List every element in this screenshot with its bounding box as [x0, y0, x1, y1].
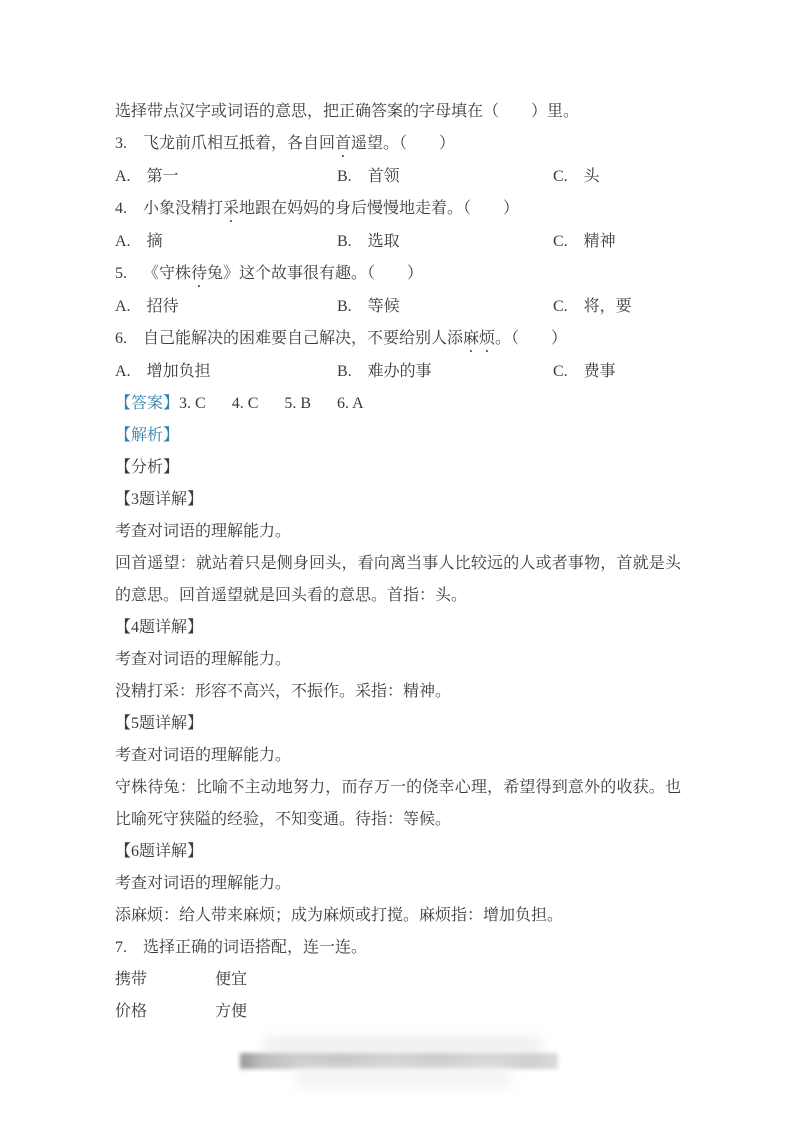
option-label: C.: [553, 233, 568, 250]
breakdown-section-label: 【分析】: [115, 452, 681, 484]
option-label: C.: [553, 363, 568, 380]
watermark-blur-halo-top: [265, 1038, 541, 1052]
question-3-number: 3.: [115, 135, 127, 152]
question-3-text-post: 遥望。（ ）: [351, 135, 455, 152]
match-pair-row-1: 携带 便宜: [115, 964, 681, 996]
option-text: 难办的事: [368, 363, 432, 380]
question-7-text: 选择正确的词语搭配，连一连。: [143, 939, 367, 956]
explanation-4-detail: 没精打采：形容不高兴，不振作。采指：精神。: [115, 676, 681, 708]
question-6-number: 6.: [115, 330, 127, 347]
question-4-options: A.摘 B.选取 C.精神: [115, 226, 681, 258]
question-6-option-a: A.增加负担: [115, 356, 211, 388]
answer-item-5: 5. B: [284, 395, 311, 412]
question-3: 3.飞龙前爪相互抵着，各自回首遥望。（ ）: [115, 128, 681, 161]
question-4-option-b: B.选取: [337, 226, 400, 258]
question-5-text-pre: 《守株: [143, 265, 191, 282]
explanation-5-detail: 守株待兔：比喻不主动地努力，而存万一的侥幸心理，希望得到意外的收获。也比喻死守狭…: [115, 772, 681, 836]
explanation-3-intro: 考查对词语的理解能力。: [115, 516, 681, 548]
question-5-emphasized-char: 待: [191, 265, 207, 282]
option-text: 增加负担: [147, 363, 211, 380]
match-left-2: 价格: [115, 996, 147, 1028]
question-6: 6.自己能解决的困难要自己解决，不要给别人添麻烦。（ ）: [115, 323, 681, 356]
explanation-6-title: 【6题详解】: [115, 836, 681, 868]
question-5-option-b: B.等候: [337, 291, 400, 323]
question-6-emphasized-chars: 麻烦: [463, 330, 495, 347]
question-6-options: A.增加负担 B.难办的事 C.费事: [115, 356, 681, 388]
option-label: A.: [115, 363, 131, 380]
question-5-number: 5.: [115, 265, 127, 282]
instruction-line: 选择带点汉字或词语的意思，把正确答案的字母填在（ ）里。: [115, 96, 681, 128]
option-text: 摘: [147, 233, 163, 250]
option-label: C.: [553, 298, 568, 315]
exam-content: 选择带点汉字或词语的意思，把正确答案的字母填在（ ）里。 3.飞龙前爪相互抵着，…: [115, 96, 681, 1028]
explanation-3-title: 【3题详解】: [115, 484, 681, 516]
question-7-number: 7.: [115, 939, 127, 956]
option-label: B.: [337, 298, 352, 315]
question-6-text-pre: 自己能解决的困难要自己解决，不要给别人添: [143, 330, 463, 347]
watermark-blur-bar: [240, 1053, 558, 1069]
option-text: 头: [584, 168, 600, 185]
question-6-text-post: 。（ ）: [495, 330, 567, 347]
answer-item-6: 6. A: [337, 395, 364, 412]
option-text: 将，要: [584, 298, 632, 315]
question-4-number: 4.: [115, 200, 127, 217]
question-3-option-a: A.第一: [115, 161, 179, 193]
answer-label: 【答案】: [115, 395, 179, 412]
option-text: 等候: [368, 298, 400, 315]
question-5: 5.《守株待兔》这个故事很有趣。（ ）: [115, 258, 681, 291]
option-label: A.: [115, 168, 131, 185]
option-label: B.: [337, 363, 352, 380]
option-text: 精神: [584, 233, 616, 250]
question-3-emphasized-char: 首: [335, 135, 351, 152]
match-right-2: 方便: [215, 996, 247, 1028]
question-4-text-post: 地跟在妈妈的身后慢慢地走着。（ ）: [239, 200, 519, 217]
explanation-4-title: 【4题详解】: [115, 612, 681, 644]
option-text: 招待: [147, 298, 179, 315]
option-label: A.: [115, 233, 131, 250]
answer-item-3: 3. C: [179, 395, 206, 412]
answer-item-4: 4. C: [232, 395, 259, 412]
explanation-5-title: 【5题详解】: [115, 708, 681, 740]
question-5-option-a: A.招待: [115, 291, 179, 323]
explanation-5-intro: 考查对词语的理解能力。: [115, 740, 681, 772]
question-6-option-c: C.费事: [553, 356, 616, 388]
option-text: 第一: [147, 168, 179, 185]
option-label: B.: [337, 233, 352, 250]
match-pair-row-2: 价格 方便: [115, 996, 681, 1028]
question-3-option-c: C.头: [553, 161, 600, 193]
explanation-3-detail: 回首遥望：就站着只是侧身回头，看向离当事人比较远的人或者事物，首就是头的意思。回…: [115, 548, 681, 612]
explanation-6-intro: 考查对词语的理解能力。: [115, 868, 681, 900]
explanation-4-intro: 考查对词语的理解能力。: [115, 644, 681, 676]
match-left-1: 携带: [115, 964, 147, 996]
question-5-options: A.招待 B.等候 C.将，要: [115, 291, 681, 323]
analysis-section-label: 【解析】: [115, 420, 681, 452]
question-4-option-c: C.精神: [553, 226, 616, 258]
question-5-text-post: 兔》这个故事很有趣。（ ）: [207, 265, 423, 282]
question-4-text-pre: 小象没精打: [143, 200, 223, 217]
question-6-option-b: B.难办的事: [337, 356, 432, 388]
match-right-1: 便宜: [215, 964, 247, 996]
option-text: 首领: [368, 168, 400, 185]
option-label: A.: [115, 298, 131, 315]
explanation-6-detail: 添麻烦：给人带来麻烦；成为麻烦或打搅。麻烦指：增加负担。: [115, 900, 681, 932]
question-3-option-b: B.首领: [337, 161, 400, 193]
option-text: 费事: [584, 363, 616, 380]
answer-line: 【答案】3. C4. C5. B6. A: [115, 388, 681, 420]
option-label: C.: [553, 168, 568, 185]
option-text: 选取: [368, 233, 400, 250]
question-3-options: A.第一 B.首领 C.头: [115, 161, 681, 193]
question-4-emphasized-char: 采: [223, 200, 239, 217]
question-5-option-c: C.将，要: [553, 291, 632, 323]
question-7: 7.选择正确的词语搭配，连一连。: [115, 932, 681, 964]
exam-page: 选择带点汉字或词语的意思，把正确答案的字母填在（ ）里。 3.飞龙前爪相互抵着，…: [0, 0, 793, 1122]
question-3-text-pre: 飞龙前爪相互抵着，各自回: [143, 135, 335, 152]
watermark-blur-halo-bottom: [296, 1070, 510, 1086]
question-4-option-a: A.摘: [115, 226, 163, 258]
question-4: 4.小象没精打采地跟在妈妈的身后慢慢地走着。（ ）: [115, 193, 681, 226]
option-label: B.: [337, 168, 352, 185]
